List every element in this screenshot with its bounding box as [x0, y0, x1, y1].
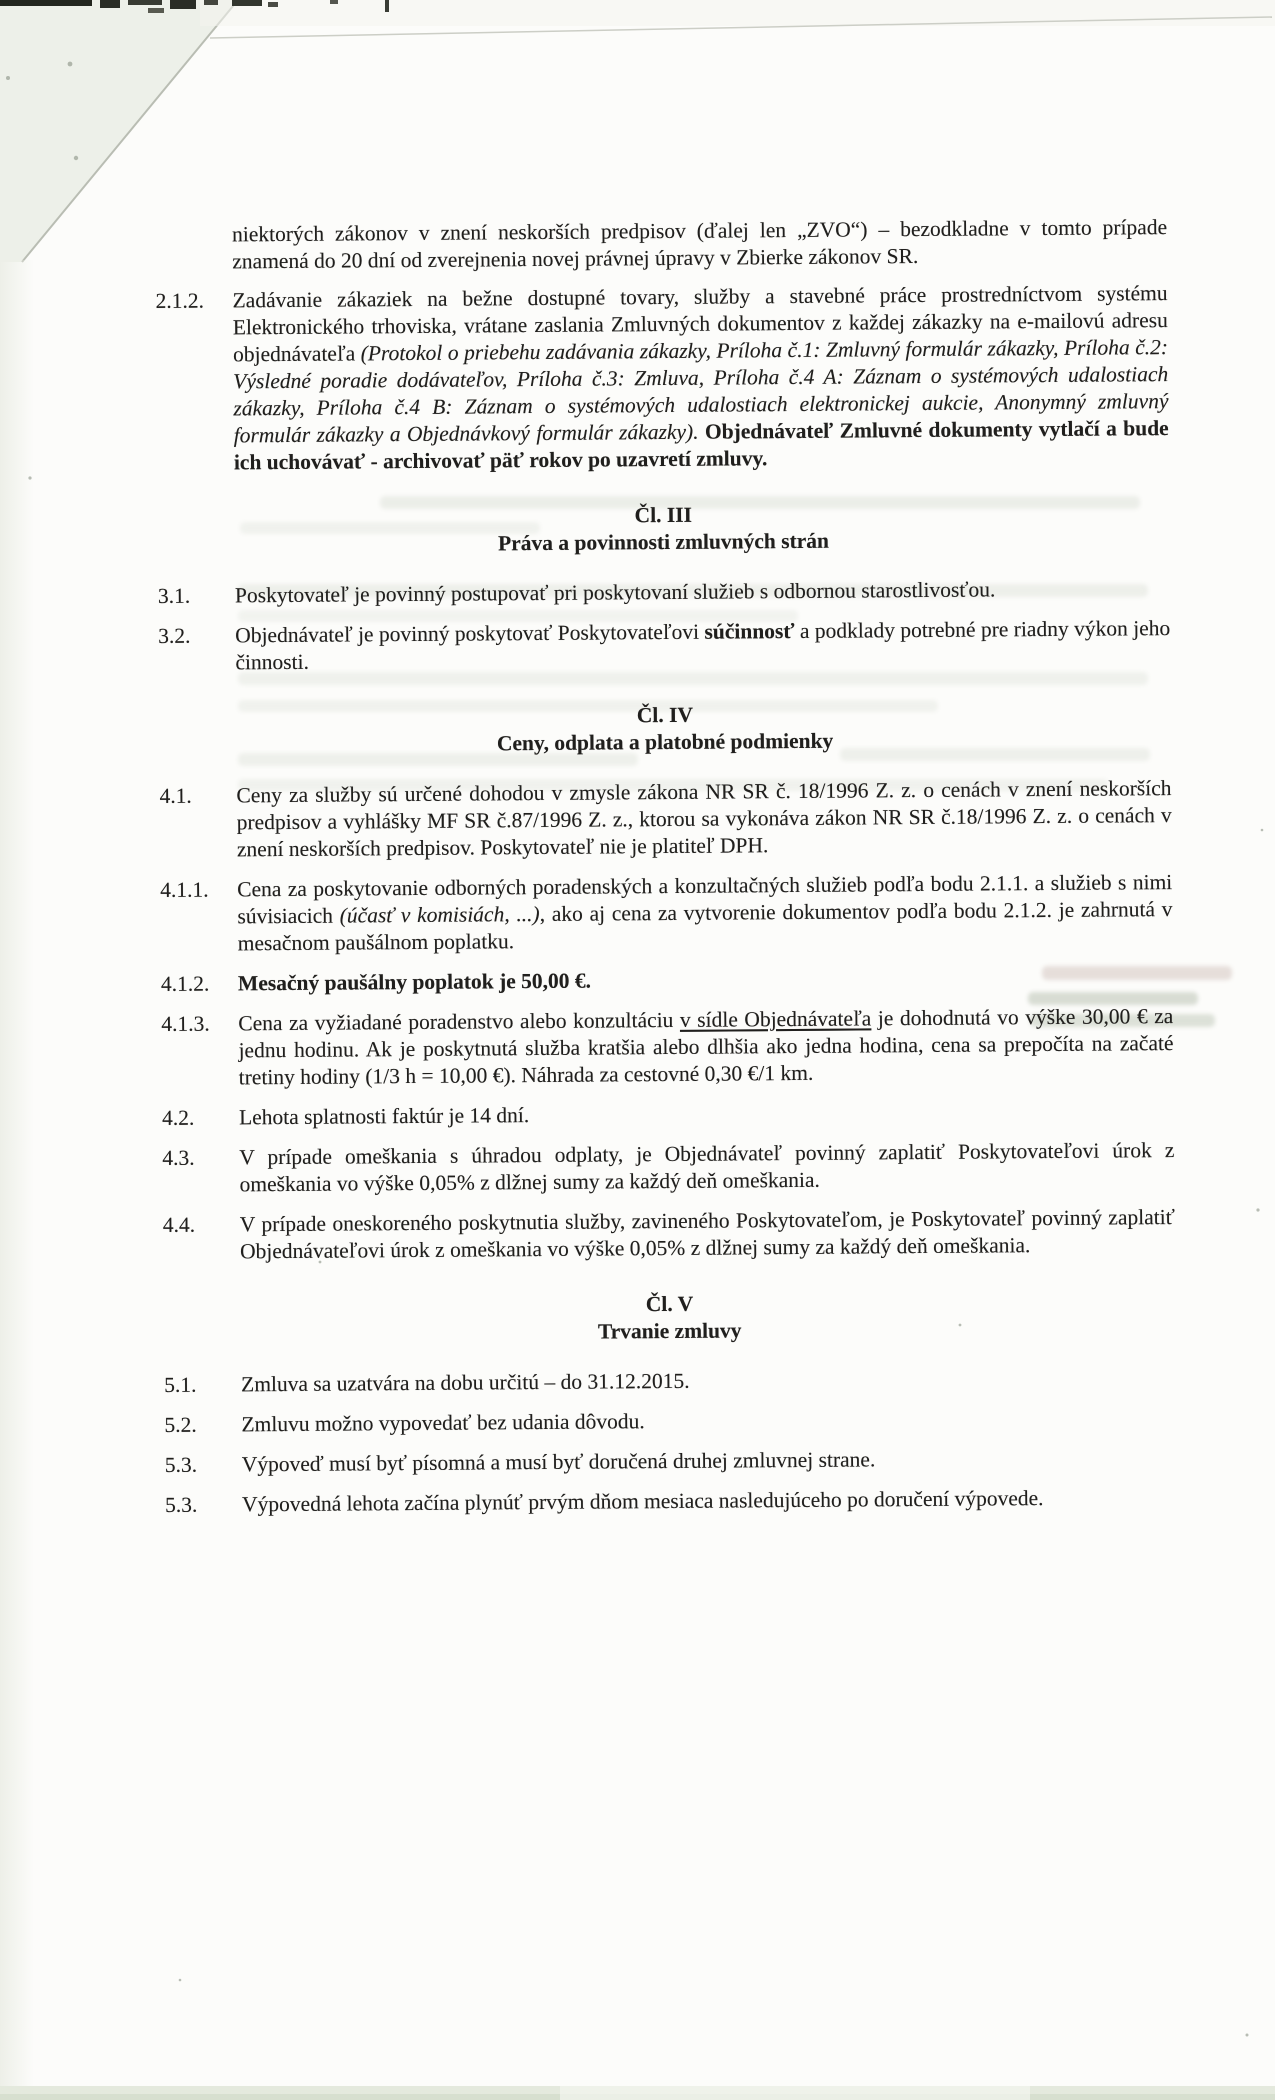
- clause-number: 3.2.: [158, 622, 235, 677]
- paragraph-zvo-continuation: niektorých zákonov v znení neskorších pr…: [232, 214, 1167, 275]
- clause-2-1-2: 2.1.2. Zadávanie zákaziek na bežne dostu…: [156, 280, 1169, 477]
- clause-text: V prípade oneskoreného poskytnutia služb…: [240, 1204, 1175, 1265]
- left-edge-shadow: [0, 260, 34, 2100]
- contract-text: niektorých zákonov v znení neskorších pr…: [155, 214, 1177, 1532]
- clause-text-normal: Cena za vyžiadané poradenstvo alebo konz…: [238, 1008, 680, 1035]
- clause-text: Zmluvu možno vypovedať bez udania dôvodu…: [241, 1404, 1176, 1438]
- article-5-heading: Čl. V Trvanie zmluvy: [163, 1287, 1175, 1349]
- clause-text: Výpovedná lehota začína plynúť prvým dňo…: [242, 1484, 1177, 1518]
- clause-4-1-3: 4.1.3. Cena za vyžiadané poradenstvo ale…: [161, 1003, 1174, 1092]
- article-4-heading: Čl. IV Ceny, odplata a platobné podmienk…: [159, 698, 1171, 760]
- clause-text-bold: súčinnosť: [704, 619, 794, 644]
- scanned-contract-page: niektorých zákonov v znení neskorších pr…: [0, 0, 1275, 2100]
- clause-number: 4.1.2.: [161, 970, 238, 998]
- clause-4-1-1: 4.1.1. Cena za poskytovanie odborných po…: [160, 869, 1173, 958]
- clause-number: 4.4.: [163, 1211, 240, 1266]
- clause-5-3-a: 5.3. Výpoveď musí byť písomná a musí byť…: [165, 1444, 1177, 1479]
- clause-4-1-2: 4.1.2. Mesačný paušálny poplatok je 50,0…: [161, 963, 1173, 998]
- clause-text: Zadávanie zákaziek na bežne dostupné tov…: [233, 280, 1169, 476]
- clause-text: Poskytovateľ je povinný postupovať pri p…: [235, 575, 1170, 609]
- clause-text: Výpoveď musí byť písomná a musí byť doru…: [242, 1444, 1177, 1478]
- clause-5-1: 5.1. Zmluva sa uzatvára na dobu určitú –…: [164, 1364, 1176, 1399]
- top-edge-tone: [200, 0, 1275, 26]
- clause-4-4: 4.4. V prípade oneskoreného poskytnutia …: [163, 1204, 1175, 1266]
- clause-number: 5.3.: [165, 1491, 242, 1519]
- clause-text: Objednávateľ je povinný poskytovať Posky…: [235, 615, 1170, 676]
- clause-number: 3.1.: [158, 582, 235, 610]
- clause-text: Cena za poskytovanie odborných poradensk…: [237, 869, 1173, 957]
- clause-3-1: 3.1. Poskytovateľ je povinný postupovať …: [158, 575, 1170, 610]
- clause-number: 4.2.: [162, 1104, 239, 1132]
- clause-number: 5.1.: [164, 1371, 241, 1399]
- article-3-heading: Čl. III Práva a povinnosti zmluvných str…: [157, 498, 1169, 560]
- clause-5-2: 5.2. Zmluvu možno vypovedať bez udania d…: [164, 1404, 1176, 1439]
- clause-text: V prípade omeškania s úhradou odplaty, j…: [239, 1137, 1174, 1198]
- clause-text: Cena za vyžiadané poradenstvo alebo konz…: [238, 1003, 1174, 1091]
- clause-3-2: 3.2. Objednávateľ je povinný poskytovať …: [158, 615, 1170, 677]
- clause-5-3-b: 5.3. Výpovedná lehota začína plynúť prvý…: [165, 1484, 1177, 1519]
- clause-number: 4.3.: [162, 1144, 239, 1199]
- clause-number: 4.1.: [159, 782, 237, 864]
- clause-number: 5.2.: [164, 1411, 241, 1439]
- clause-text: Ceny za služby sú určené dohodou v zmysl…: [236, 775, 1172, 863]
- clause-4-1: 4.1. Ceny za služby sú určené dohodou v …: [159, 775, 1172, 864]
- clause-number: 5.3.: [165, 1451, 242, 1479]
- clause-number: 2.1.2.: [156, 287, 234, 477]
- clause-number: 4.1.3.: [161, 1010, 239, 1092]
- clause-text: Lehota splatnosti faktúr je 14 dní.: [239, 1097, 1174, 1131]
- clause-text-normal: Objednávateľ je povinný poskytovať Posky…: [235, 620, 704, 648]
- clause-text-italic: (účasť v komisiách, ...): [340, 902, 540, 928]
- bottom-strip-gap: [560, 2086, 1030, 2100]
- clause-4-3: 4.3. V prípade omeškania s úhradou odpla…: [162, 1137, 1174, 1199]
- clause-number: 4.1.1.: [160, 876, 238, 958]
- clause-text-bold: Mesačný paušálny poplatok je 50,00 €.: [238, 969, 591, 996]
- clause-text: Zmluva sa uzatvára na dobu určitú – do 3…: [241, 1364, 1176, 1398]
- clause-text: Mesačný paušálny poplatok je 50,00 €.: [238, 963, 1173, 997]
- clause-text-underlined: v sídle Objednávateľa: [680, 1006, 872, 1032]
- clause-4-2: 4.2. Lehota splatnosti faktúr je 14 dní.: [162, 1097, 1174, 1132]
- paragraph-text: niektorých zákonov v znení neskorších pr…: [232, 215, 1167, 273]
